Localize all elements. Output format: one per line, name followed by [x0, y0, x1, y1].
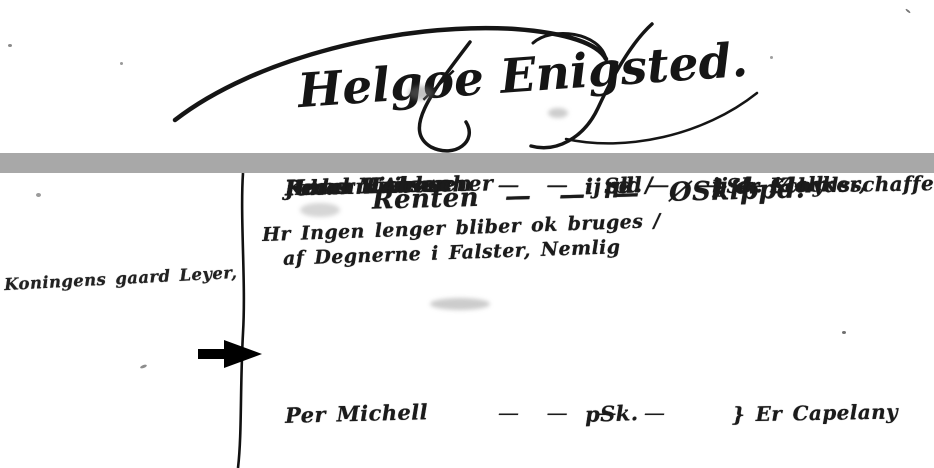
ink-speck	[36, 193, 41, 197]
ink-speck	[770, 56, 773, 59]
manuscript-scan: Helgøe Enigsted. Koningens gaard Leyer, …	[0, 0, 934, 468]
ink-smudge	[300, 203, 340, 217]
ledger-row: Johann Abescher — — ij pd — — } er Klock…	[0, 173, 934, 203]
title-calligraphy: Helgøe Enigsted.	[0, 0, 934, 153]
row-note: } er Klocker,	[712, 172, 867, 199]
ink-smudge	[430, 298, 490, 310]
ink-speck	[842, 331, 846, 334]
ink-speck	[120, 62, 123, 65]
row-amount: ij pd	[585, 172, 643, 199]
ledger-row: Per Michell — — — — pSk. } Er Capelany	[0, 401, 934, 431]
ledger-page: Koningens gaard Leyer, Renten— — —ØSkipp…	[0, 173, 934, 468]
row-note: } Er Capelany	[732, 400, 898, 427]
row-name: Per Michell	[285, 399, 429, 428]
row-dashes: — —	[498, 173, 577, 197]
place-title: Helgøe Enigsted.	[294, 33, 749, 119]
ink-smudge	[548, 108, 568, 118]
right-arrow-marker-icon	[196, 338, 268, 370]
ink-smudge	[408, 86, 434, 100]
title-section: Helgøe Enigsted.	[0, 0, 934, 153]
row-name: Johann Abescher	[285, 170, 494, 200]
row-amount: pSk.	[585, 400, 639, 427]
ink-speck	[8, 44, 12, 47]
